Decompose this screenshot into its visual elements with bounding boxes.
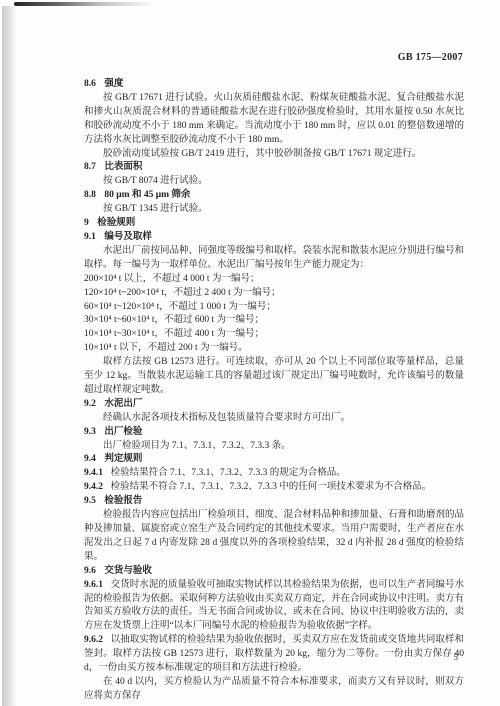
page-number: 5 xyxy=(454,652,459,662)
clause-number: 9.4.2 xyxy=(84,482,103,492)
clause-paragraph: 9.4.2检验结果不符合 7.1、7.3.1、7.3.2、7.3.3 中的任何一… xyxy=(84,481,464,495)
section-heading: 8.880 μm 和 45 μm 筛余 xyxy=(84,189,464,203)
clause-text: 检验结果不符合 7.1、7.3.1、7.3.2、7.3.3 中的任何一项技术要求… xyxy=(111,482,432,492)
tonnage-rule-line: 60×10⁴ t~120×10⁴ t，不超过 1 000 t 为一编号； xyxy=(84,301,464,315)
clause-number: 9.3 xyxy=(84,427,96,437)
clause-number: 9.4 xyxy=(84,454,96,464)
paragraph: 检验报告内容应包括出厂检验项目、细度、混合材料品种和掺加量、石膏和助磨剂的品种及… xyxy=(84,509,464,565)
clause-number: 8.7 xyxy=(84,162,96,172)
clause-number: 9.6.1 xyxy=(84,580,103,590)
clause-number: 8.8 xyxy=(84,190,96,200)
paragraph: 胶砂流动度试验按 GB/T 2419 进行，其中胶砂制备按 GB/T 17671… xyxy=(84,148,464,162)
paragraph: 在 40 d 以内，买方检验认为产品质量不符合本标准要求，而卖方又有异议时，则双… xyxy=(84,676,464,704)
clause-number: 9.6.2 xyxy=(84,635,103,645)
heading-text: 强度 xyxy=(104,79,123,89)
tonnage-rule-line: 10×10⁴ t 以下，不超过 200 t 为一编号。 xyxy=(84,342,464,356)
paragraph: 经确认水泥各项技术指标及包装质量符合要求时方可出厂。 xyxy=(84,412,464,426)
section-heading: 9.1编号及取样 xyxy=(84,231,464,245)
heading-text: 编号及取样 xyxy=(104,232,152,242)
tonnage-rule-line: 30×10⁴ t~60×10⁴ t，不超过 600 t 为一编号； xyxy=(84,314,464,328)
paragraph: 取样方法按 GB 12573 进行。可连续取，亦可从 20 个以上不同部位取等量… xyxy=(84,356,464,398)
standard-number-header: GB 175—2007 xyxy=(398,52,463,63)
heading-text: 水泥出厂 xyxy=(104,399,142,409)
clause-number: 9.6 xyxy=(84,566,96,576)
section-heading: 9.2水泥出厂 xyxy=(84,398,464,412)
paragraph: 按 GB/T 17671 进行试验。火山灰质硅酸盐水泥、粉煤灰硅酸盐水泥、复合硅… xyxy=(84,92,464,148)
document-page: GB 175—2007 8.6强度按 GB/T 17671 进行试验。火山灰质硅… xyxy=(0,0,500,706)
tonnage-rule-line: 200×10⁴ t 以上，不超过 4 000 t 为一编号； xyxy=(84,273,464,287)
heading-text: 出厂检验 xyxy=(104,427,142,437)
clause-paragraph: 9.6.2以抽取实物试样的检验结果为验收依据时，买卖双方应在发货前或交货地共同取… xyxy=(84,634,464,676)
heading-text: 判定规则 xyxy=(104,454,142,464)
clause-number: 8.6 xyxy=(84,79,96,89)
clause-number: 9 xyxy=(84,218,89,228)
paragraph: 按 GB/T 8074 进行试验。 xyxy=(84,175,464,189)
scan-shadow-top xyxy=(14,2,154,6)
heading-text: 比表面积 xyxy=(104,162,142,172)
clause-text: 交货时水泥的质量验收可抽取实物试样以其检验结果为依据，也可以生产者同编号水泥的检… xyxy=(84,580,464,632)
clause-number: 9.4.1 xyxy=(84,468,103,478)
clause-number: 9.5 xyxy=(84,496,96,506)
tonnage-rule-line: 120×10⁴ t~200×10⁴ t，不超过 2 400 t 为一编号； xyxy=(84,287,464,301)
chapter-heading: 9检验规则 xyxy=(84,217,464,231)
document-body: 8.6强度按 GB/T 17671 进行试验。火山灰质硅酸盐水泥、粉煤灰硅酸盐水… xyxy=(84,78,464,704)
section-heading: 8.7比表面积 xyxy=(84,161,464,175)
heading-text: 检验报告 xyxy=(104,496,142,506)
clause-text: 检验结果符合 7.1、7.3.1、7.3.2、7.3.3 的规定为合格品。 xyxy=(111,468,346,478)
heading-text: 80 μm 和 45 μm 筛余 xyxy=(104,190,190,200)
section-heading: 9.6交货与验收 xyxy=(84,565,464,579)
clause-number: 9.1 xyxy=(84,232,96,242)
section-heading: 9.4判定规则 xyxy=(84,453,464,467)
paragraph: 按 GB/T 1345 进行试验。 xyxy=(84,203,464,217)
scan-edge-left xyxy=(2,6,16,706)
clause-paragraph: 9.4.1检验结果符合 7.1、7.3.1、7.3.2、7.3.3 的规定为合格… xyxy=(84,467,464,481)
section-heading: 8.6强度 xyxy=(84,78,464,92)
heading-text: 检验规则 xyxy=(97,218,135,228)
section-heading: 9.5检验报告 xyxy=(84,495,464,509)
clause-text: 以抽取实物试样的检验结果为验收依据时，买卖双方应在发货前或交货地共同取样和签封。… xyxy=(84,635,464,673)
heading-text: 交货与验收 xyxy=(104,566,152,576)
paragraph: 出厂检验项目为 7.1、7.3.1、7.3.2、7.3.3 条。 xyxy=(84,440,464,454)
clause-number: 9.2 xyxy=(84,399,96,409)
section-heading: 9.3出厂检验 xyxy=(84,426,464,440)
tonnage-rule-line: 10×10⁴ t~30×10⁴ t，不超过 400 t 为一编号； xyxy=(84,328,464,342)
clause-paragraph: 9.6.1交货时水泥的质量验收可抽取实物试样以其检验结果为依据，也可以生产者同编… xyxy=(84,579,464,635)
paragraph: 水泥出厂前按同品种、同强度等级编号和取样。袋装水泥和散装水泥应分别进行编号和取样… xyxy=(84,245,464,273)
